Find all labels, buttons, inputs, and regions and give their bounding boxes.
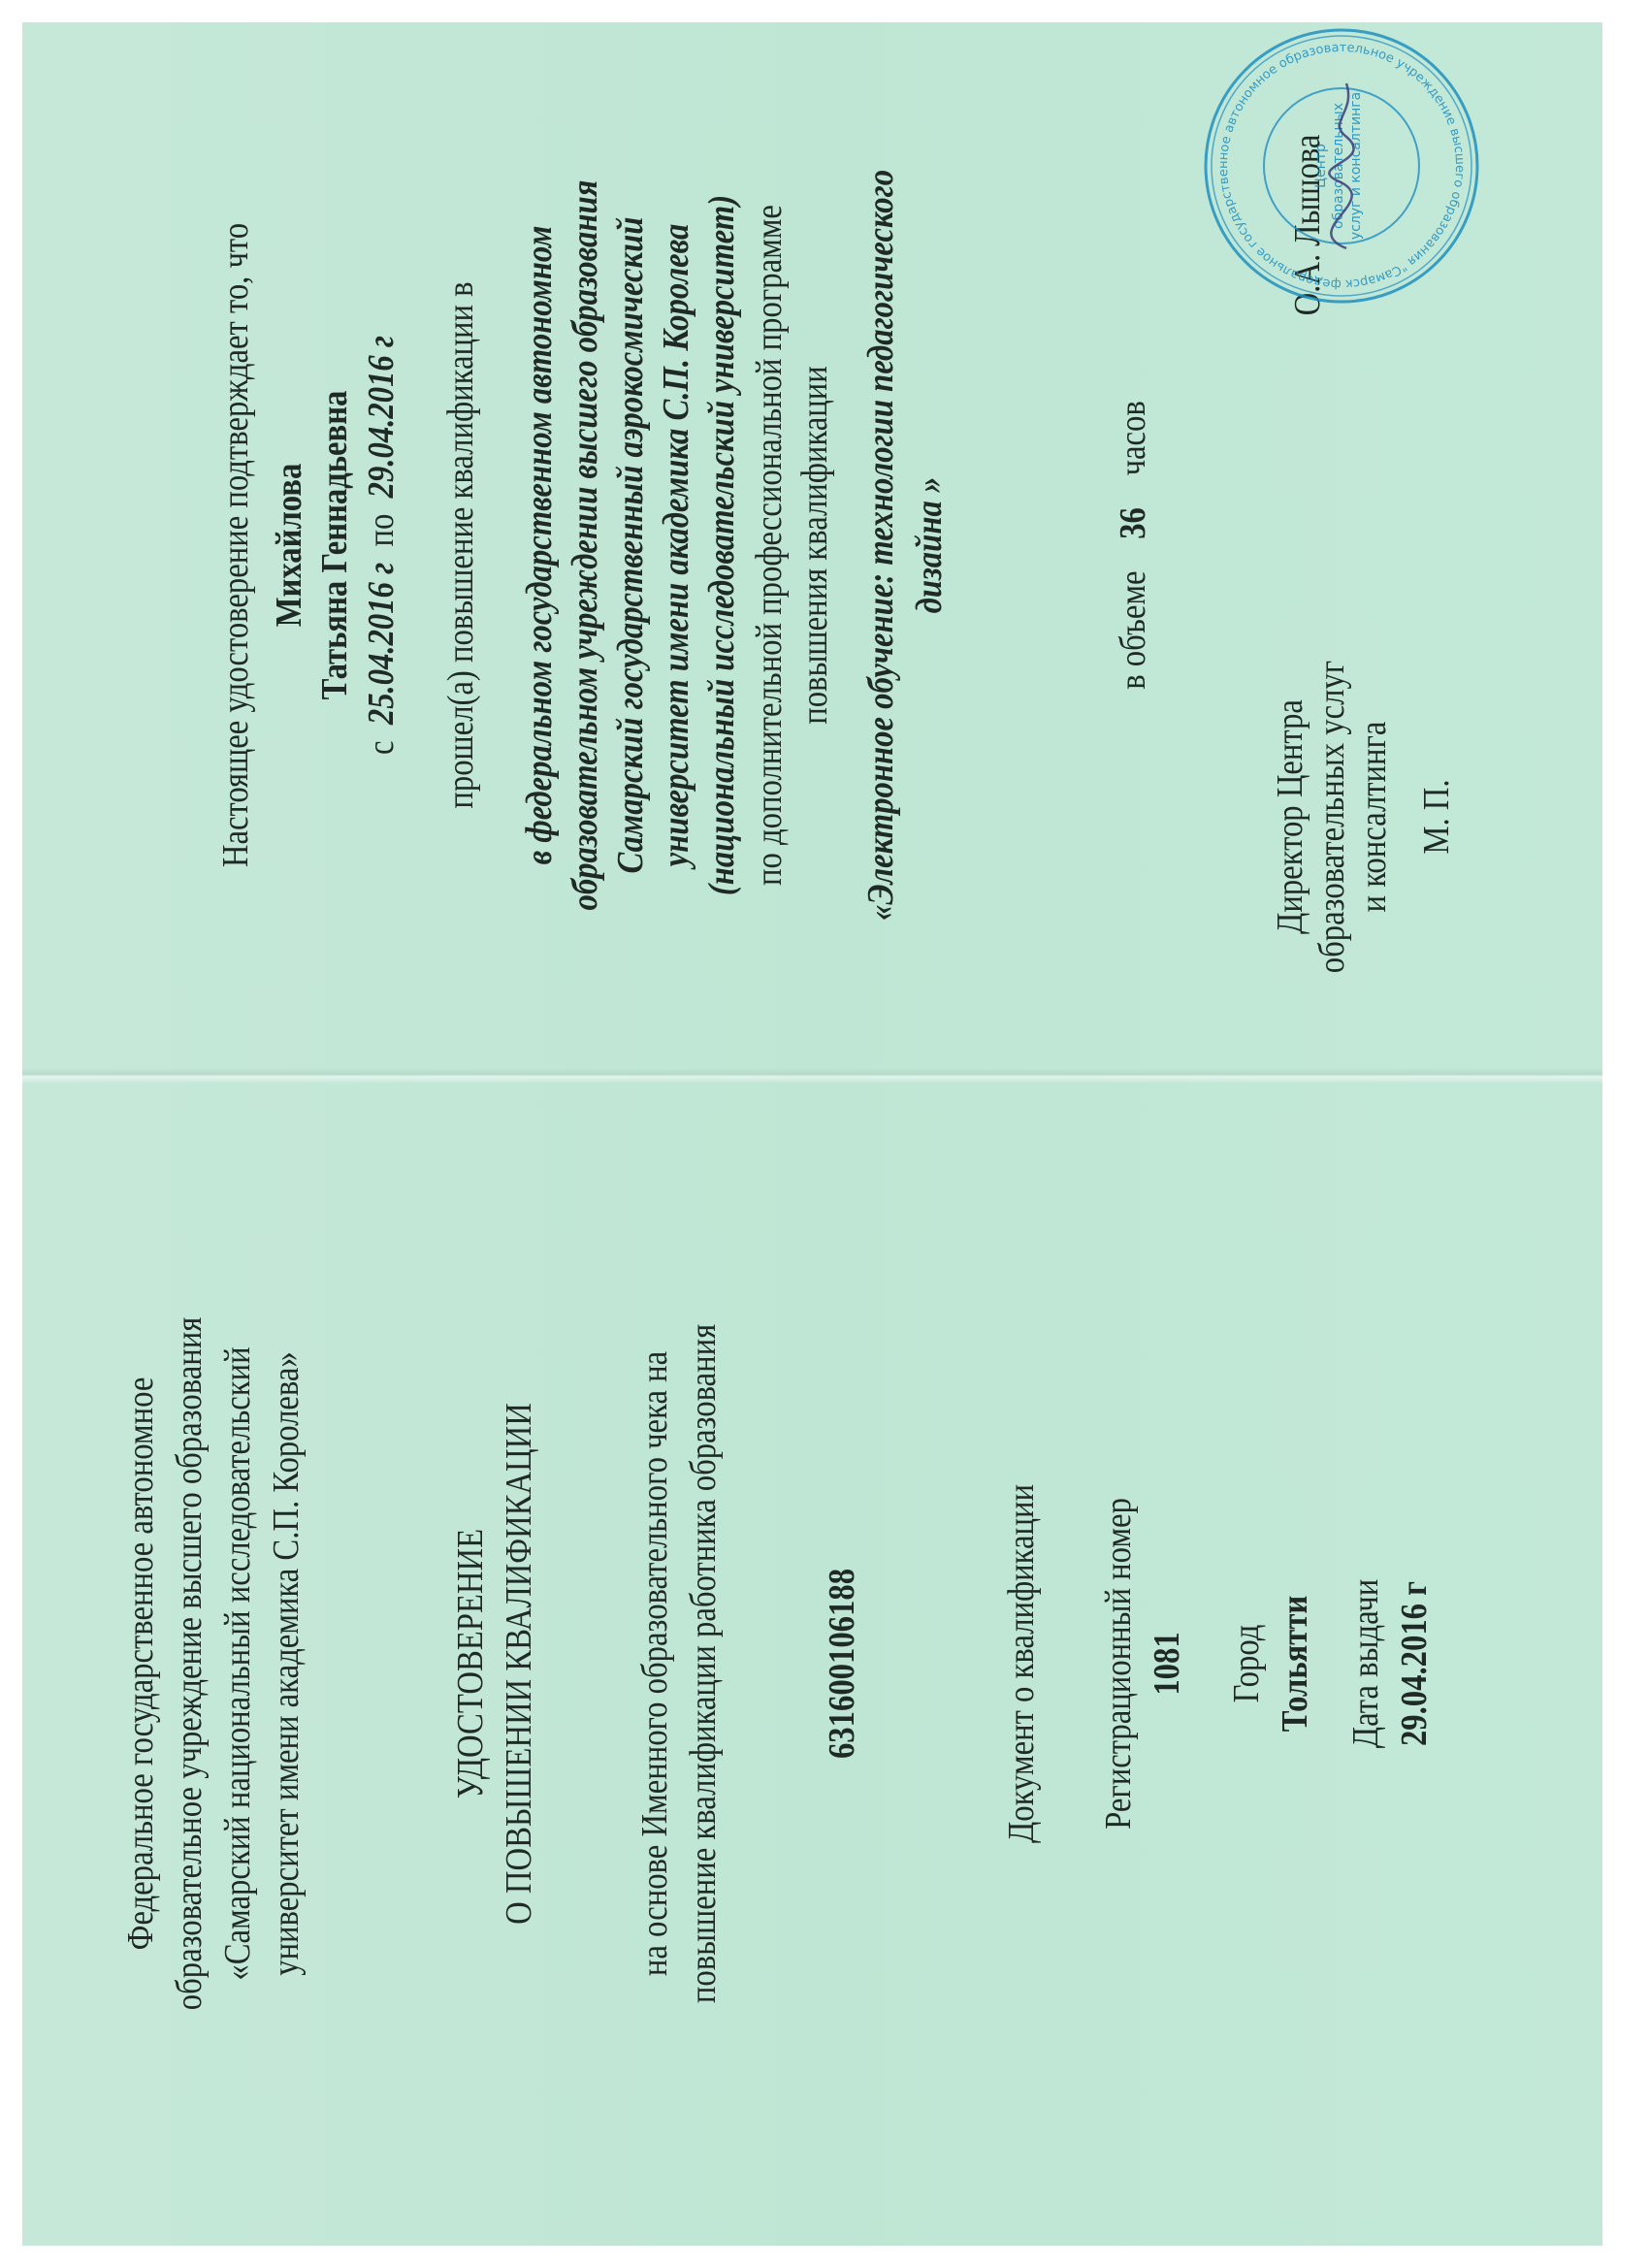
volume-label: в объеме (1113, 570, 1153, 689)
completed-text: прошел(а) повышение квалификации в (436, 95, 485, 994)
period-to: 29.04.2016 г (361, 336, 402, 498)
document-title-line-2: О ПОВЫШЕНИИ КВАЛИФИКАЦИИ (495, 1163, 543, 2164)
organization-line-2: образовательном учреждении высшего образ… (561, 95, 609, 994)
hours-label: часов (1113, 401, 1153, 475)
basis-line-1: на основе Именного образовательного чека… (630, 1163, 679, 2164)
period-from: 25.04.2016 г (361, 563, 402, 725)
study-period: с 25.04.2016 г по 29.04.2016 г (357, 95, 405, 994)
organization-line-3: Самарский государственный аэрокосмически… (606, 95, 655, 994)
volume-hours: 36 (1113, 507, 1153, 539)
document-title-line-1: УДОСТОВЕРЕНИЕ (446, 1163, 495, 2164)
program-name-line-2: дизайна » (905, 95, 954, 994)
document-label: Документ о квалификации (997, 1163, 1046, 2164)
given-names: Татьяна Геннадьевна (310, 95, 359, 994)
certificate-paper: Федеральное государственное автономное о… (22, 22, 1602, 2246)
program-intro-line-1: по дополнительной профессиональной прогр… (745, 95, 793, 994)
organization-line-1: в федеральном государственном автономном (515, 95, 564, 994)
registration-number: 1081 (1143, 1163, 1191, 2164)
certificate-number: 631600106188 (818, 1163, 866, 2164)
basis-line-2: повышение квалификации работника образов… (679, 1163, 727, 2164)
period-from-label: с (361, 740, 402, 755)
institution-line-4: университет имени академика С.П. Королев… (262, 1163, 310, 2164)
organization-line-4: университет имени академика С.П. Королев… (652, 95, 700, 994)
registration-label: Регистрационный номер (1094, 1163, 1143, 2164)
certificate-body-page: Настоящее удостоверение подтверждает то,… (22, 22, 1602, 1068)
document-stage: Федеральное государственное автономное о… (0, 0, 1649, 2268)
organization-line-5: (национальный исследовательский универси… (697, 95, 746, 994)
city-label: Город (1222, 1163, 1271, 2164)
seal-place-label: М. П. (1412, 134, 1461, 1501)
program-intro-line-2: повышения квалификации (791, 95, 839, 994)
official-seal-icon: федеральное государственное автономное о… (1201, 25, 1482, 307)
program-name-line-1: «Электронное обучение: технологии педаго… (857, 95, 905, 994)
signatory-title-line-3: и консалтинга (1349, 134, 1398, 1501)
institution-line-2: образовательное учреждение высшего образ… (165, 1163, 213, 2164)
institution-line-3: «Самарский национальный исследовательски… (213, 1163, 262, 2164)
surname: Михайлова (265, 95, 313, 994)
intro-text: Настоящее удостоверение подтверждает то,… (211, 95, 260, 994)
volume: в объеме 36 часов (1109, 95, 1157, 994)
institution-line-1: Федеральное государственное автономное (116, 1163, 165, 2164)
period-to-label: по (361, 514, 402, 547)
